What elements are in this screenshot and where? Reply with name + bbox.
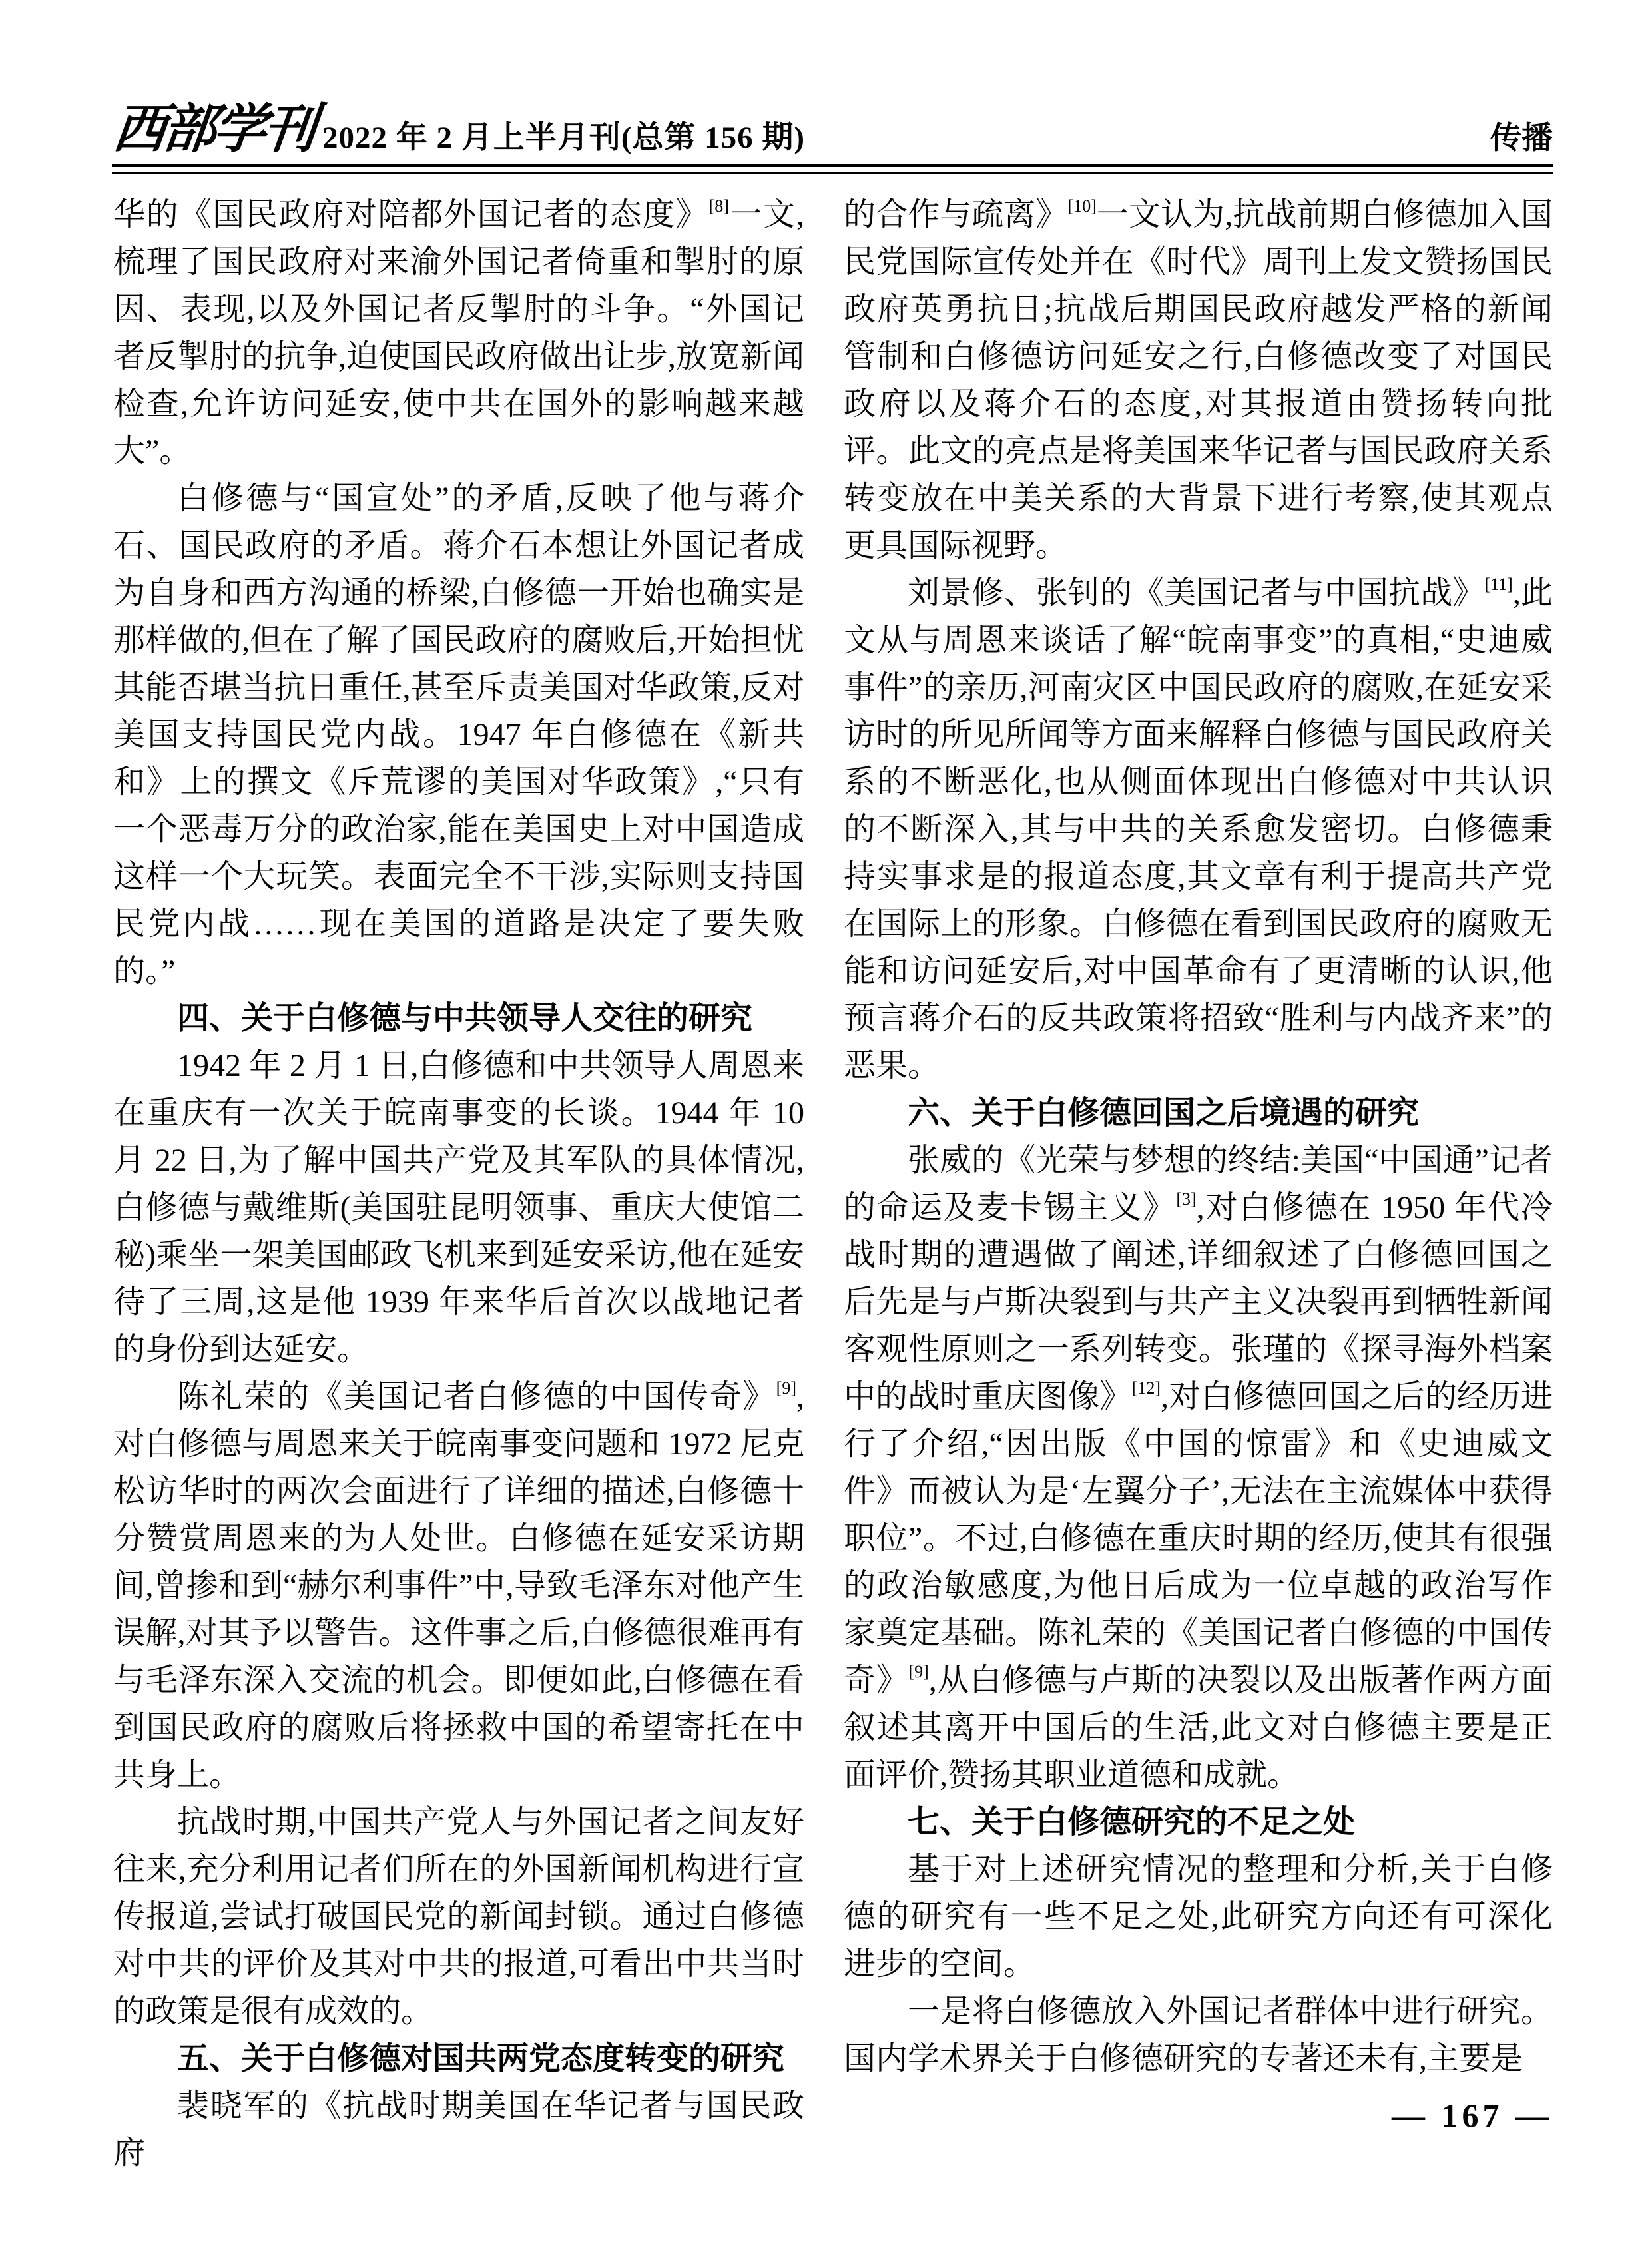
paragraph: 白修德与“国宣处”的矛盾,反映了他与蒋介石、国民政府的矛盾。蒋介石本想让外国记者…: [113, 475, 804, 995]
paragraph: 一是将白修德放入外国记者群体中进行研究。国内学术界关于白修德研究的专著还未有,主…: [844, 1988, 1553, 2082]
citation-ref: [9]: [908, 1662, 928, 1681]
left-column: 华的《国民政府对陪都外国记者的态度》[8]一文,梳理了国民政府对来渝外国记者倚重…: [113, 191, 804, 2177]
section-heading: 五、关于白修德对国共两党态度转变的研究: [113, 2035, 804, 2082]
section-label: 传播: [1490, 117, 1553, 158]
paragraph: 的合作与疏离》[10]一文认为,抗战前期白修德加入国民党国际宣传处并在《时代》周…: [844, 191, 1553, 569]
journal-logo: 西部学刊: [110, 101, 316, 158]
issue-info: 2022 年 2 月上半月刊(总第 156 期): [322, 117, 805, 158]
paragraph: 抗战时期,中国共产党人与外国记者之间友好往来,充分利用记者们所在的外国新闻机构进…: [113, 1799, 804, 2035]
paragraph: 陈礼荣的《美国记者白修德的中国传奇》[9],对白修德与周恩来关于皖南事变问题和 …: [113, 1373, 804, 1799]
citation-ref: [10]: [1068, 196, 1097, 216]
paragraph: 刘景修、张钊的《美国记者与中国抗战》[11],此文从与周恩来谈话了解“皖南事变”…: [844, 569, 1553, 1089]
section-heading: 四、关于白修德与中共领导人交往的研究: [113, 995, 804, 1042]
section-heading: 六、关于白修德回国之后境遇的研究: [844, 1089, 1553, 1137]
paragraph: 华的《国民政府对陪都外国记者的态度》[8]一文,梳理了国民政府对来渝外国记者倚重…: [113, 191, 804, 475]
page-header: 西部学刊 2022 年 2 月上半月刊(总第 156 期) 传播: [113, 95, 1553, 158]
citation-ref: [8]: [709, 196, 729, 216]
citation-ref: [9]: [776, 1378, 796, 1398]
paragraph: 基于对上述研究情况的整理和分析,关于白修德的研究有一些不足之处,此研究方向还有可…: [844, 1846, 1553, 1988]
citation-ref: [11]: [1484, 575, 1512, 594]
paragraph: 张威的《光荣与梦想的终结:美国“中国通”记者的命运及麦卡锡主义》[3],对白修德…: [844, 1137, 1553, 1799]
citation-ref: [3]: [1176, 1189, 1196, 1209]
page-number: — 167 —: [844, 2092, 1553, 2139]
citation-ref: [12]: [1132, 1378, 1161, 1398]
paragraph: 裴晓军的《抗战时期美国在华记者与国民政府: [113, 2082, 804, 2177]
paragraph: 1942 年 2 月 1 日,白修德和中共领导人周恩来在重庆有一次关于皖南事变的…: [113, 1042, 804, 1373]
right-column: 的合作与疏离》[10]一文认为,抗战前期白修德加入国民党国际宣传处并在《时代》周…: [844, 191, 1553, 2082]
header-rule: [112, 164, 1553, 174]
section-heading: 七、关于白修德研究的不足之处: [844, 1799, 1553, 1846]
